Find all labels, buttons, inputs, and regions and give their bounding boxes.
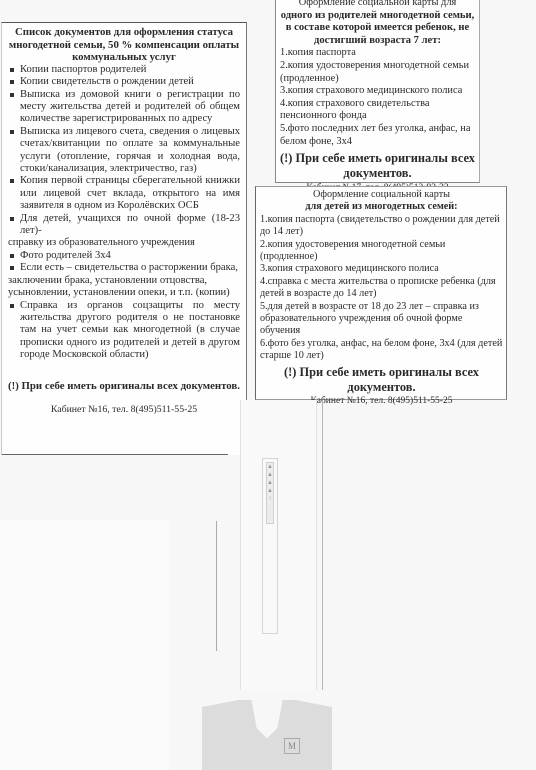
divider [216,521,217,651]
list-item: 1.копия паспорта [280,47,475,60]
notice-heading: Оформление социальной карты [260,189,503,201]
list-item: 3.копия страхового медицинского полиса [260,263,503,275]
office-contact: Кабинет №16, тел. 8(495)511-55-25 [8,404,240,416]
notice-children-social-card: Оформление социальной карты для детей из… [255,186,507,400]
arrow-up-icon: ▲▲▲▲↑ [266,462,274,524]
notice-heading: Оформление социальной карты для [280,0,475,10]
list-item: Справка из органов соцзащиты по месту жи… [8,300,240,362]
notice-subheading: для детей из многодетных семей: [260,201,503,213]
list-item: Выписка из домовой книги о регистрации п… [8,89,240,126]
list-item: Для детей, учащихся по очной форме (18-2… [8,213,240,238]
logo-mark-icon: M [284,738,300,754]
list-item: Копия первой страницы сберегательной кни… [8,175,240,212]
notice-title: Список документов для оформления статуса… [8,26,240,64]
list-item: 4.копия страхового свидетельства пенсион… [280,98,475,123]
list-item: 6.фото без уголка, анфас, на белом фоне,… [260,338,503,363]
list-item: 3.копия страхового медицинского полиса [280,85,475,98]
list-item: 5.для детей в возрасте от 18 до 23 лет –… [260,301,503,338]
list-item: Выписка из лицевого счета, сведения о ли… [8,126,240,176]
list-item-continuation: заключении брака, установлении отцовства… [8,275,240,300]
list-item: 2.копия удостоверения многодетной семьи … [280,60,475,85]
list-item: 1.копия паспорта (свидетельство о рожден… [260,214,503,239]
divider [2,454,228,455]
background-shade [0,520,170,770]
list-item: 5.фото последних лет без уголка, анфас, … [280,123,475,148]
notice-family-status-documents: Список документов для оформления статуса… [1,22,247,455]
list-item: Если есть – свидетельства о расторжении … [8,262,240,274]
document-list: Копии паспортов родителей Копии свидетел… [8,64,240,362]
originals-warning: (!) При себе иметь оригиналы всех докуме… [8,380,240,393]
notice-parent-social-card: Оформление социальной карты для одного и… [275,0,480,183]
list-item: Фото родителей 3х4 [8,250,240,262]
divider [322,400,323,690]
stand-tray [202,700,332,770]
brochure-stand [240,400,317,690]
list-item: Копии свидетельств о рождении детей [8,76,240,88]
notice-subheading: одного из родителей многодетной семьи, в… [280,10,475,48]
list-item: 2.копия удостоверения многодетной семьи … [260,239,503,264]
originals-warning: (!) При себе иметь оригиналы всех докуме… [280,151,475,181]
list-item: Копии паспортов родителей [8,64,240,76]
list-item: 4.справка с места жительства о прописке … [260,276,503,301]
originals-warning: (!) При себе иметь оригиналы всех докуме… [260,365,503,395]
list-item-continuation: справку из образовательного учреждения [8,237,240,249]
